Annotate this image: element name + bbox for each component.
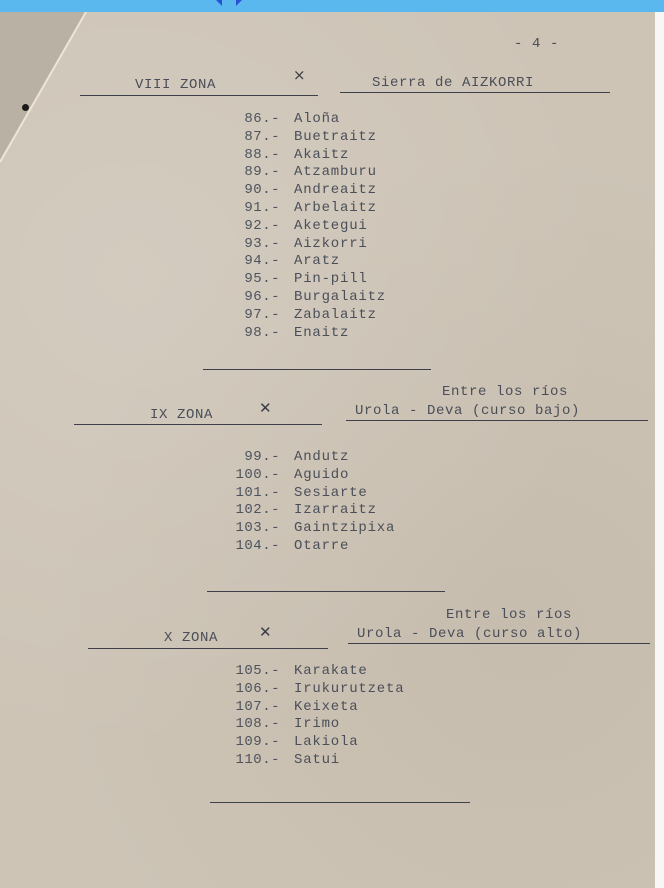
list-item: 107.-Keixeta [218, 699, 404, 717]
list-item: 101.-Sesiarte [218, 485, 395, 503]
list-item: 104.-Otarre [218, 538, 395, 556]
underline [348, 643, 650, 644]
page-margin [655, 12, 664, 888]
item-number: 109.- [218, 734, 280, 752]
item-name: Lakiola [294, 734, 358, 752]
item-number: 102.- [218, 502, 280, 520]
item-number: 101.- [218, 485, 280, 503]
item-number: 105.- [218, 663, 280, 681]
viewer-toolbar [0, 0, 664, 12]
list-item: 93.-Aizkorri [218, 236, 386, 254]
item-number: 89.- [218, 164, 280, 182]
list-item: 103.-Gaintzipixa [218, 520, 395, 538]
underline [340, 92, 610, 93]
item-name: Buetraitz [294, 129, 377, 147]
list-item: 110.-Satui [218, 752, 404, 770]
zone-region-line1: Entre los ríos [442, 384, 568, 400]
item-name: Andreaitz [294, 182, 377, 200]
list-item: 102.-Izarraitz [218, 502, 395, 520]
item-name: Karakate [294, 663, 368, 681]
item-number: 98.- [218, 325, 280, 343]
item-number: 86.- [218, 111, 280, 129]
item-number: 88.- [218, 147, 280, 165]
zone-region-line1: Entre los ríos [446, 607, 572, 623]
item-name: Izarraitz [294, 502, 377, 520]
zone-list: 86.-Aloña87.-Buetraitz88.-Akaitz89.-Atza… [218, 111, 386, 342]
zone-title: X ZONA [164, 630, 218, 646]
list-item: 105.-Karakate [218, 663, 404, 681]
underline [88, 648, 328, 649]
list-item: 92.-Aketegui [218, 218, 386, 236]
item-name: Burgalaitz [294, 289, 386, 307]
item-number: 97.- [218, 307, 280, 325]
list-item: 94.-Aratz [218, 253, 386, 271]
underline [346, 420, 648, 421]
item-name: Sesiarte [294, 485, 368, 503]
triangle-right-icon[interactable] [236, 0, 242, 6]
item-name: Pin-pill [294, 271, 368, 289]
item-name: Arbelaitz [294, 200, 377, 218]
list-item: 96.-Burgalaitz [218, 289, 386, 307]
item-name: Satui [294, 752, 340, 770]
item-name: Aketegui [294, 218, 368, 236]
zone-title: IX ZONA [150, 407, 213, 423]
item-number: 108.- [218, 716, 280, 734]
item-number: 104.- [218, 538, 280, 556]
cross-mark-icon: ✕ [259, 623, 272, 641]
list-item: 88.-Akaitz [218, 147, 386, 165]
page-number: - 4 - [514, 36, 559, 52]
list-item: 106.-Irukurutzeta [218, 681, 404, 699]
triangle-left-icon[interactable] [216, 0, 222, 6]
zone-title: VIII ZONA [135, 77, 216, 93]
item-number: 107.- [218, 699, 280, 717]
list-item: 87.-Buetraitz [218, 129, 386, 147]
list-item: 109.-Lakiola [218, 734, 404, 752]
item-number: 94.- [218, 253, 280, 271]
list-item: 99.-Andutz [218, 449, 395, 467]
list-item: 98.-Enaitz [218, 325, 386, 343]
zone-region: Urola - Deva (curso alto) [357, 626, 582, 642]
list-item: 91.-Arbelaitz [218, 200, 386, 218]
section-divider [210, 802, 470, 803]
list-item: 90.-Andreaitz [218, 182, 386, 200]
item-name: Keixeta [294, 699, 358, 717]
item-name: Aguido [294, 467, 349, 485]
item-name: Aloña [294, 111, 340, 129]
item-name: Irukurutzeta [294, 681, 404, 699]
underline [74, 424, 322, 425]
cross-mark-icon: ✕ [259, 399, 272, 417]
item-name: Andutz [294, 449, 349, 467]
item-number: 96.- [218, 289, 280, 307]
list-item: 86.-Aloña [218, 111, 386, 129]
list-item: 95.-Pin-pill [218, 271, 386, 289]
punch-hole [22, 104, 29, 111]
item-name: Atzamburu [294, 164, 377, 182]
item-name: Gaintzipixa [294, 520, 395, 538]
list-item: 89.-Atzamburu [218, 164, 386, 182]
item-number: 87.- [218, 129, 280, 147]
item-name: Zabalaitz [294, 307, 377, 325]
item-number: 103.- [218, 520, 280, 538]
item-number: 106.- [218, 681, 280, 699]
item-name: Irimo [294, 716, 340, 734]
item-name: Akaitz [294, 147, 349, 165]
item-number: 91.- [218, 200, 280, 218]
section-divider [207, 591, 445, 592]
zone-list: 105.-Karakate106.-Irukurutzeta107.-Keixe… [218, 663, 404, 770]
zone-list: 99.-Andutz100.-Aguido101.-Sesiarte102.-I… [218, 449, 395, 556]
item-number: 90.- [218, 182, 280, 200]
item-number: 95.- [218, 271, 280, 289]
item-number: 93.- [218, 236, 280, 254]
list-item: 108.-Irimo [218, 716, 404, 734]
item-number: 99.- [218, 449, 280, 467]
item-number: 110.- [218, 752, 280, 770]
item-name: Aizkorri [294, 236, 368, 254]
item-name: Otarre [294, 538, 349, 556]
list-item: 97.-Zabalaitz [218, 307, 386, 325]
item-number: 100.- [218, 467, 280, 485]
zone-region: Urola - Deva (curso bajo) [355, 403, 580, 419]
section-divider [203, 369, 431, 370]
list-item: 100.-Aguido [218, 467, 395, 485]
cross-mark-icon: × [293, 66, 306, 84]
item-name: Enaitz [294, 325, 349, 343]
item-name: Aratz [294, 253, 340, 271]
underline [80, 95, 318, 96]
item-number: 92.- [218, 218, 280, 236]
zone-region: Sierra de AIZKORRI [372, 75, 534, 91]
